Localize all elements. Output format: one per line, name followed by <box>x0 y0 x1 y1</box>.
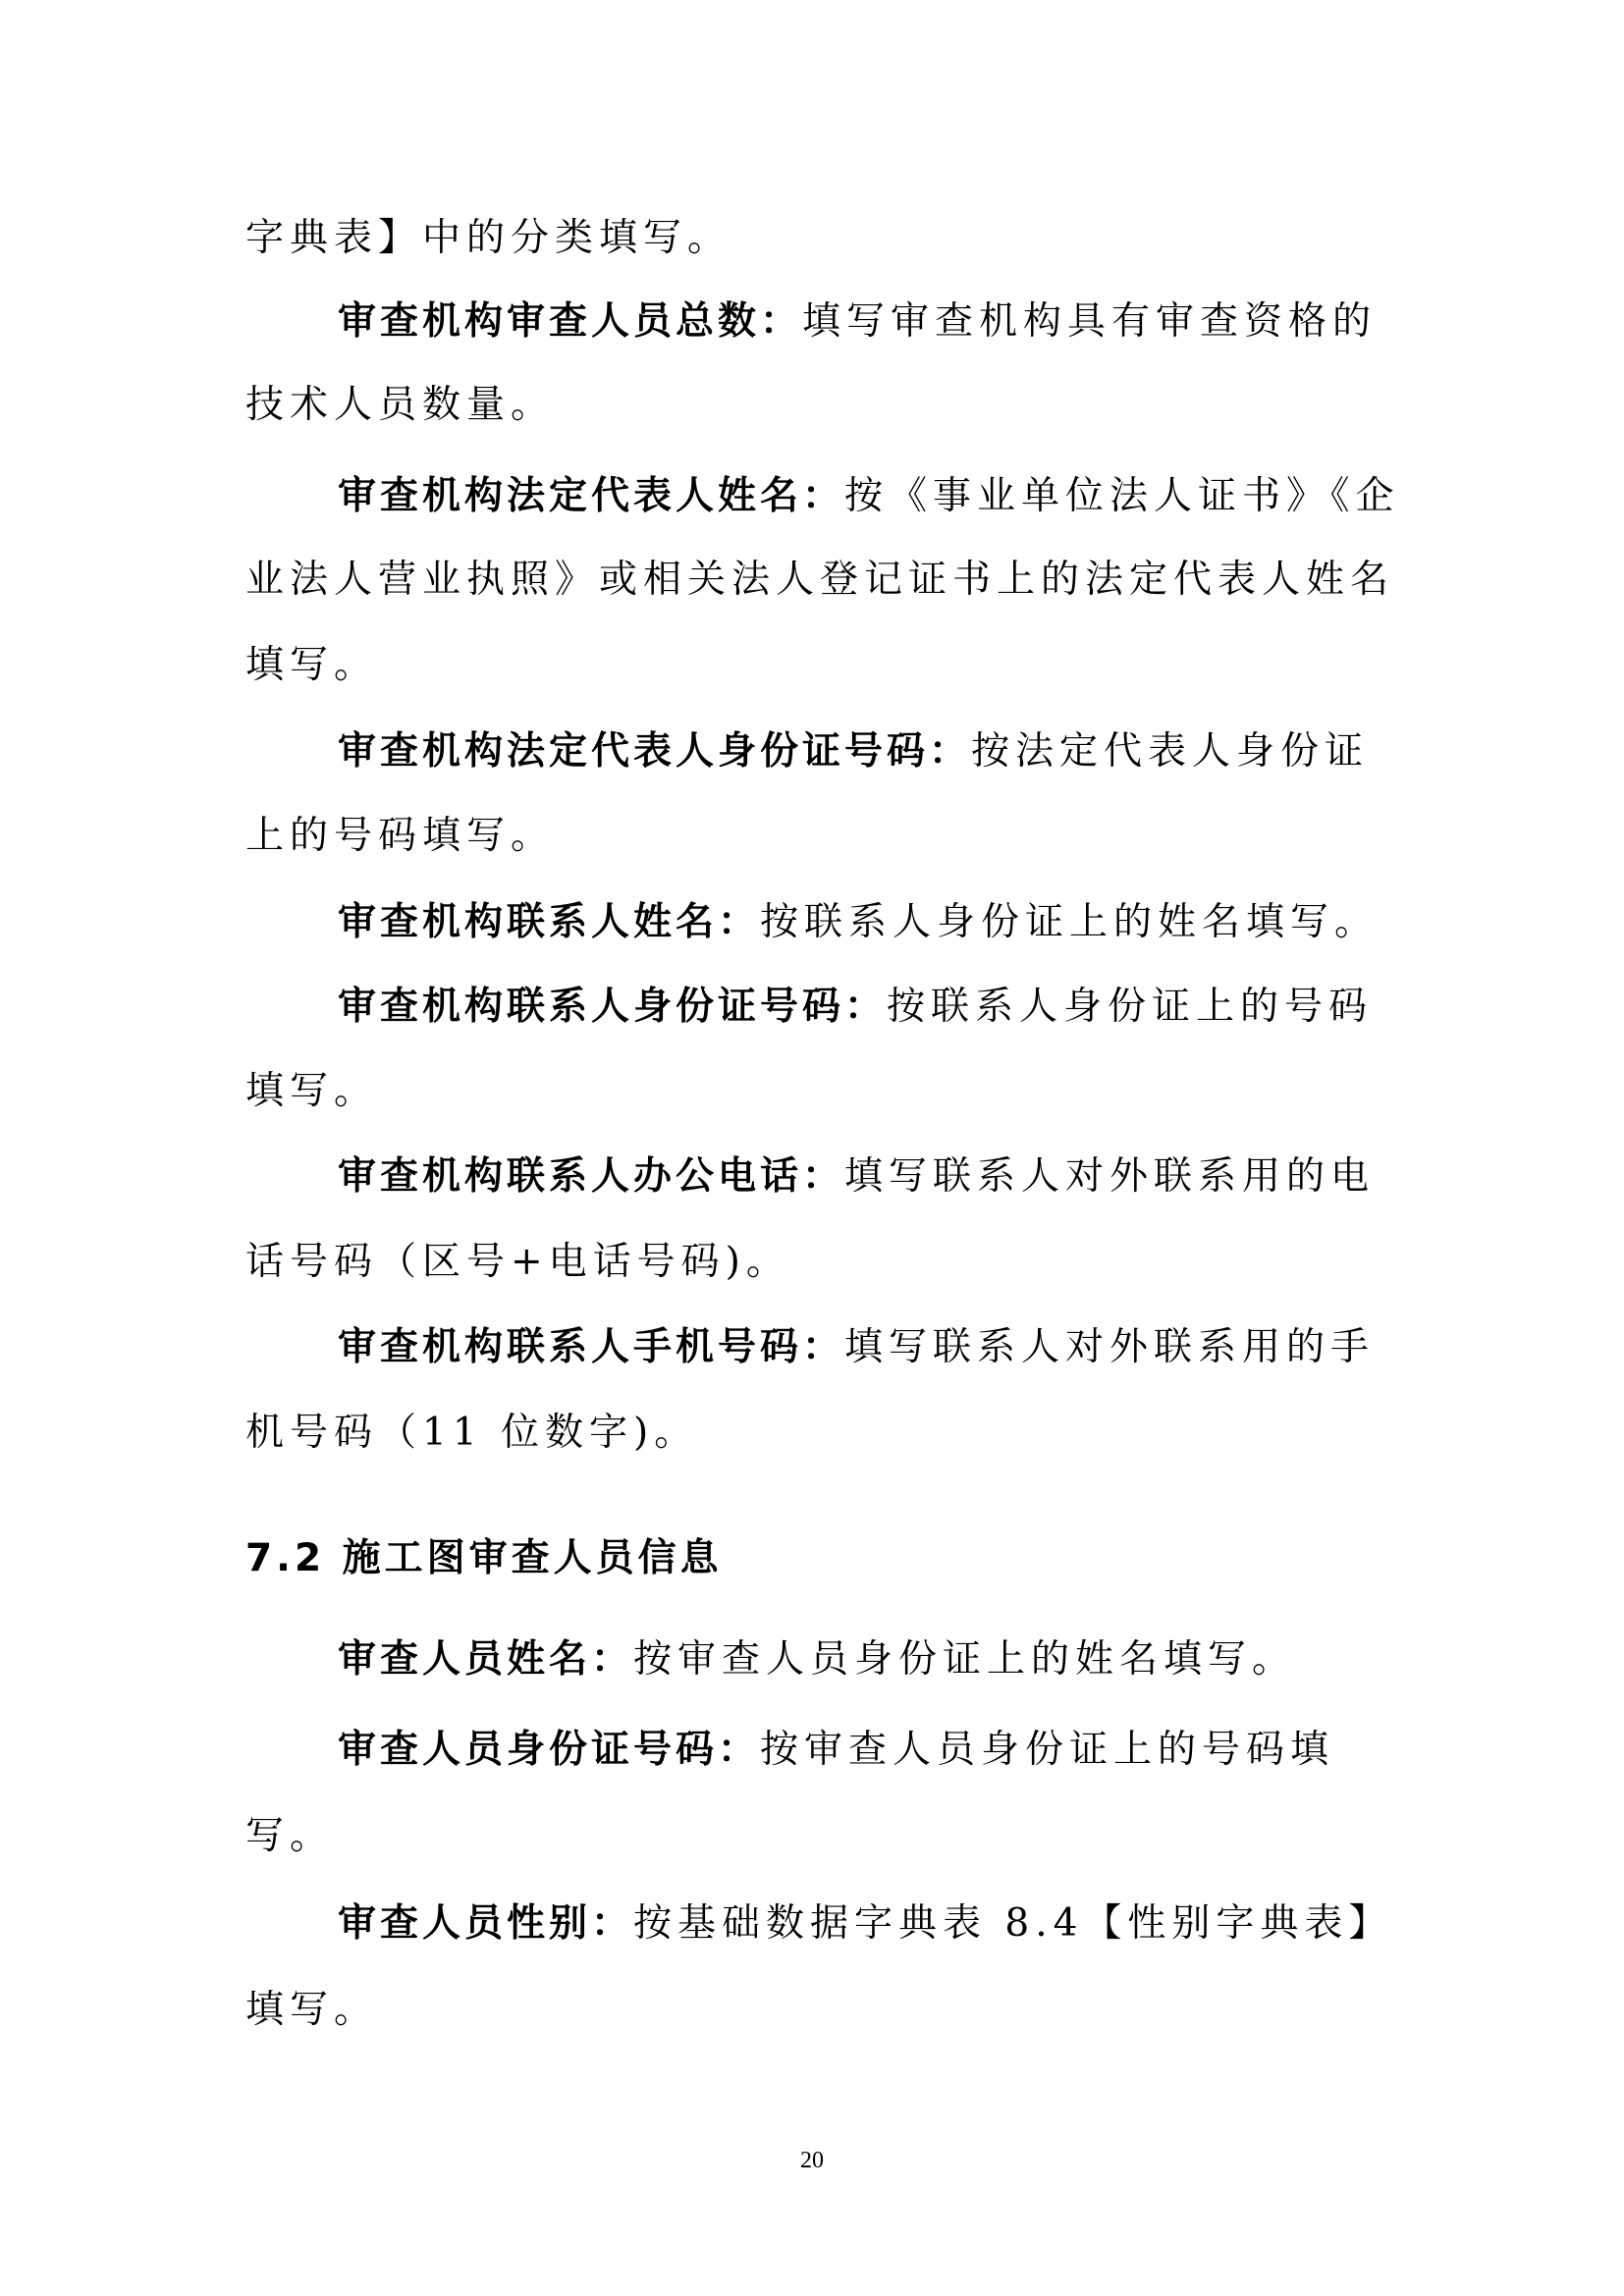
paragraph-line: 技术人员数量。 <box>245 378 1394 433</box>
line-text: 填写。 <box>245 1988 378 2032</box>
paragraph-line: 填写。 <box>245 1064 1394 1119</box>
field-description: 填写审查机构具有审查资格的 <box>802 299 1377 344</box>
field-term: 审查机构联系人身份证号码： <box>338 985 887 1029</box>
line-text: 字典表】中的分类填写。 <box>245 216 731 260</box>
page-number: 20 <box>0 2146 1624 2175</box>
paragraph-line: 填写。 <box>245 638 1394 693</box>
field-definition-reviewer-gender: 审查人员性别：按基础数据字典表 8.4【性别字典表】 <box>338 1896 1487 1951</box>
paragraph-line: 字典表】中的分类填写。 <box>245 211 1394 266</box>
field-description: 按审查人员身份证上的号码填 <box>760 1728 1334 1772</box>
field-definition-reviewer-total: 审查机构审查人员总数：填写审查机构具有审查资格的 <box>338 294 1487 349</box>
field-description: 按审查人员身份证上的姓名填写。 <box>633 1637 1296 1682</box>
field-definition-reviewer-id: 审查人员身份证号码：按审查人员身份证上的号码填 <box>338 1723 1487 1778</box>
paragraph-line: 话号码（区号+电话号码)。 <box>245 1235 1394 1290</box>
paragraph-line: 写。 <box>245 1809 1394 1864</box>
field-term: 审查机构联系人办公电话： <box>338 1154 844 1199</box>
paragraph-line: 业法人营业执照》或相关法人登记证书上的法定代表人姓名 <box>245 553 1394 608</box>
line-text: 业法人营业执照》或相关法人登记证书上的法定代表人姓名 <box>245 558 1394 602</box>
line-text: 机号码（11 位数字)。 <box>245 1411 698 1455</box>
field-description: 按法定代表人身份证 <box>971 729 1369 774</box>
field-term: 审查机构联系人手机号码： <box>338 1325 844 1369</box>
line-text: 上的号码填写。 <box>245 814 555 858</box>
line-text: 技术人员数量。 <box>245 383 555 427</box>
paragraph-line: 机号码（11 位数字)。 <box>245 1406 1394 1461</box>
field-description: 填写联系人对外联系用的电 <box>844 1154 1375 1199</box>
field-term: 审查机构法定代表人身份证号码： <box>338 729 971 774</box>
field-term: 审查机构审查人员总数： <box>338 299 802 344</box>
field-definition-reviewer-name: 审查人员姓名：按审查人员身份证上的姓名填写。 <box>338 1632 1487 1687</box>
field-term: 审查人员身份证号码： <box>338 1728 760 1772</box>
line-text: 话号码（区号+电话号码)。 <box>245 1240 790 1284</box>
field-term: 审查机构联系人姓名： <box>338 900 760 944</box>
paragraph-line: 填写。 <box>245 1983 1394 2038</box>
line-text: 填写。 <box>245 643 378 687</box>
field-description: 按联系人身份证上的姓名填写。 <box>760 900 1379 944</box>
field-description: 按联系人身份证上的号码 <box>887 985 1373 1029</box>
field-definition-contact-mobile: 审查机构联系人手机号码：填写联系人对外联系用的手 <box>338 1320 1487 1375</box>
field-definition-contact-id: 审查机构联系人身份证号码：按联系人身份证上的号码 <box>338 980 1487 1035</box>
line-text: 填写。 <box>245 1069 378 1113</box>
field-term: 审查人员姓名： <box>338 1637 633 1682</box>
field-definition-legal-rep-name: 审查机构法定代表人姓名：按《事业单位法人证书》《企 <box>338 469 1487 524</box>
section-heading: 7.2 施工图审查人员信息 <box>245 1531 723 1586</box>
field-description: 按基础数据字典表 8.4【性别字典表】 <box>633 1901 1392 1946</box>
field-term: 审查人员性别： <box>338 1901 633 1946</box>
field-definition-contact-name: 审查机构联系人姓名：按联系人身份证上的姓名填写。 <box>338 895 1487 950</box>
document-page: 字典表】中的分类填写。 审查机构审查人员总数：填写审查机构具有审查资格的 技术人… <box>0 0 1624 2296</box>
field-term: 审查机构法定代表人姓名： <box>338 474 844 518</box>
field-description: 按《事业单位法人证书》《企 <box>844 474 1400 518</box>
line-text: 写。 <box>245 1814 334 1858</box>
field-description: 填写联系人对外联系用的手 <box>844 1325 1375 1369</box>
field-definition-legal-rep-id: 审查机构法定代表人身份证号码：按法定代表人身份证 <box>338 724 1487 779</box>
paragraph-line: 上的号码填写。 <box>245 809 1394 864</box>
field-definition-contact-office-phone: 审查机构联系人办公电话：填写联系人对外联系用的电 <box>338 1149 1487 1204</box>
